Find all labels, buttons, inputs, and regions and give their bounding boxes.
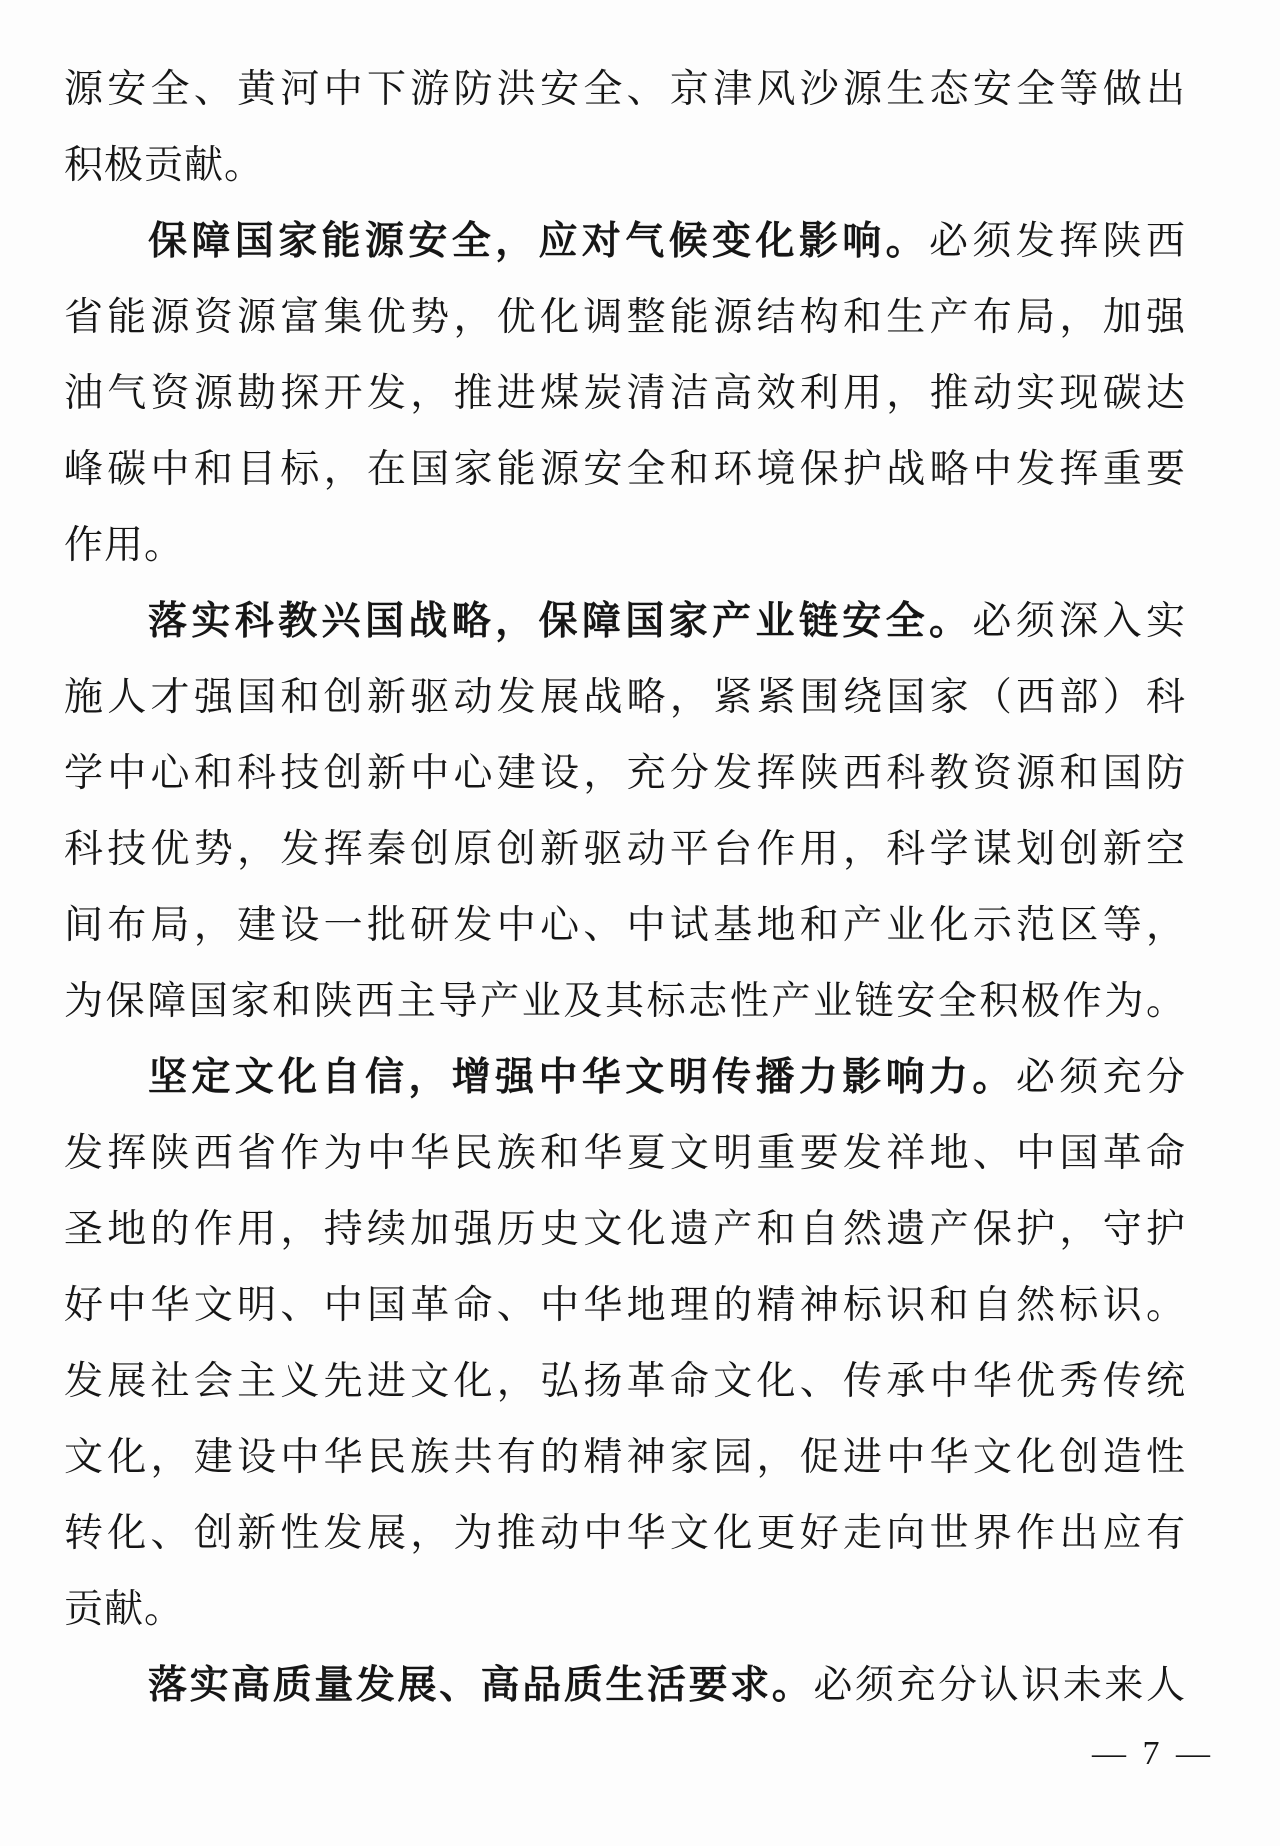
text-line: 科技优势，发挥秦创原创新驱动平台作用，科学谋划创新空 [64,812,1186,888]
text-segment: 省能源资源富集优势，优化调整能源结构和生产布局，加强 [64,296,1186,339]
text-segment: 必须充分 [1016,1056,1186,1099]
text-segment: 必须深入实 [972,600,1186,643]
text-segment: 圣地的作用，持续加强历史文化遗产和自然遗产保护，守护 [64,1208,1186,1251]
heading-segment: 坚定文化自信，增强中华文明传播力影响力。 [148,1056,1016,1099]
text-line: 转化、创新性发展，为推动中华文化更好走向世界作出应有 [64,1496,1186,1572]
text-line: 间布局，建设一批研发中心、中试基地和产业化示范区等， [64,888,1186,964]
text-segment: 为保障国家和陕西主导产业及其标志性产业链安全积极作为。 [64,980,1186,1023]
text-segment: 积极贡献。 [64,144,264,187]
text-line: 贡献。 [64,1572,1186,1648]
text-segment: 贡献。 [64,1588,184,1631]
text-line: 源安全、黄河中下游防洪安全、京津风沙源生态安全等做出 [64,52,1186,128]
text-segment: 科技优势，发挥秦创原创新驱动平台作用，科学谋划创新空 [64,828,1186,871]
text-line: 保障国家能源安全，应对气候变化影响。必须发挥陕西 [64,204,1186,280]
text-segment: 好中华文明、中国革命、中华地理的精神标识和自然标识。 [64,1284,1186,1327]
heading-segment: 落实科教兴国战略，保障国家产业链安全。 [148,600,972,643]
page-footer: — 7 — [1092,1722,1214,1786]
text-line: 为保障国家和陕西主导产业及其标志性产业链安全积极作为。 [64,964,1186,1040]
page-number: — 7 — [1092,1735,1214,1772]
text-segment: 必须发挥陕西 [929,220,1186,263]
text-line: 峰碳中和目标，在国家能源安全和环境保护战略中发挥重要 [64,432,1186,508]
text-segment: 间布局，建设一批研发中心、中试基地和产业化示范区等， [64,904,1186,947]
text-line: 落实科教兴国战略，保障国家产业链安全。必须深入实 [64,584,1186,660]
heading-segment: 保障国家能源安全，应对气候变化影响。 [148,220,929,263]
text-segment: 学中心和科技创新中心建设，充分发挥陕西科教资源和国防 [64,752,1186,795]
text-segment: 峰碳中和目标，在国家能源安全和环境保护战略中发挥重要 [64,448,1186,491]
text-segment: 油气资源勘探开发，推进煤炭清洁高效利用，推动实现碳达 [64,372,1186,415]
text-line: 作用。 [64,508,1186,584]
text-line: 发展社会主义先进文化，弘扬革命文化、传承中华优秀传统 [64,1344,1186,1420]
text-line: 坚定文化自信，增强中华文明传播力影响力。必须充分 [64,1040,1186,1116]
text-segment: 转化、创新性发展，为推动中华文化更好走向世界作出应有 [64,1512,1186,1555]
text-segment: 发展社会主义先进文化，弘扬革命文化、传承中华优秀传统 [64,1360,1186,1403]
text-line: 学中心和科技创新中心建设，充分发挥陕西科教资源和国防 [64,736,1186,812]
text-line: 文化，建设中华民族共有的精神家园，促进中华文化创造性 [64,1420,1186,1496]
text-segment: 文化，建设中华民族共有的精神家园，促进中华文化创造性 [64,1436,1186,1479]
document-page: 源安全、黄河中下游防洪安全、京津风沙源生态安全等做出积极贡献。保障国家能源安全，… [0,0,1280,1846]
text-line: 圣地的作用，持续加强历史文化遗产和自然遗产保护，守护 [64,1192,1186,1268]
text-line: 省能源资源富集优势，优化调整能源结构和生产布局，加强 [64,280,1186,356]
text-line: 落实高质量发展、高品质生活要求。必须充分认识未来人 [64,1648,1186,1724]
document-body: 源安全、黄河中下游防洪安全、京津风沙源生态安全等做出积极贡献。保障国家能源安全，… [64,52,1186,1724]
text-segment: 作用。 [64,524,184,567]
text-segment: 源安全、黄河中下游防洪安全、京津风沙源生态安全等做出 [64,68,1186,111]
heading-segment: 落实高质量发展、高品质生活要求。 [148,1664,813,1707]
text-segment: 施人才强国和创新驱动发展战略，紧紧围绕国家（西部）科 [64,676,1186,719]
text-line: 施人才强国和创新驱动发展战略，紧紧围绕国家（西部）科 [64,660,1186,736]
text-line: 积极贡献。 [64,128,1186,204]
text-segment: 必须充分认识未来人 [813,1664,1186,1707]
text-line: 发挥陕西省作为中华民族和华夏文明重要发祥地、中国革命 [64,1116,1186,1192]
text-line: 好中华文明、中国革命、中华地理的精神标识和自然标识。 [64,1268,1186,1344]
text-line: 油气资源勘探开发，推进煤炭清洁高效利用，推动实现碳达 [64,356,1186,432]
text-segment: 发挥陕西省作为中华民族和华夏文明重要发祥地、中国革命 [64,1132,1186,1175]
